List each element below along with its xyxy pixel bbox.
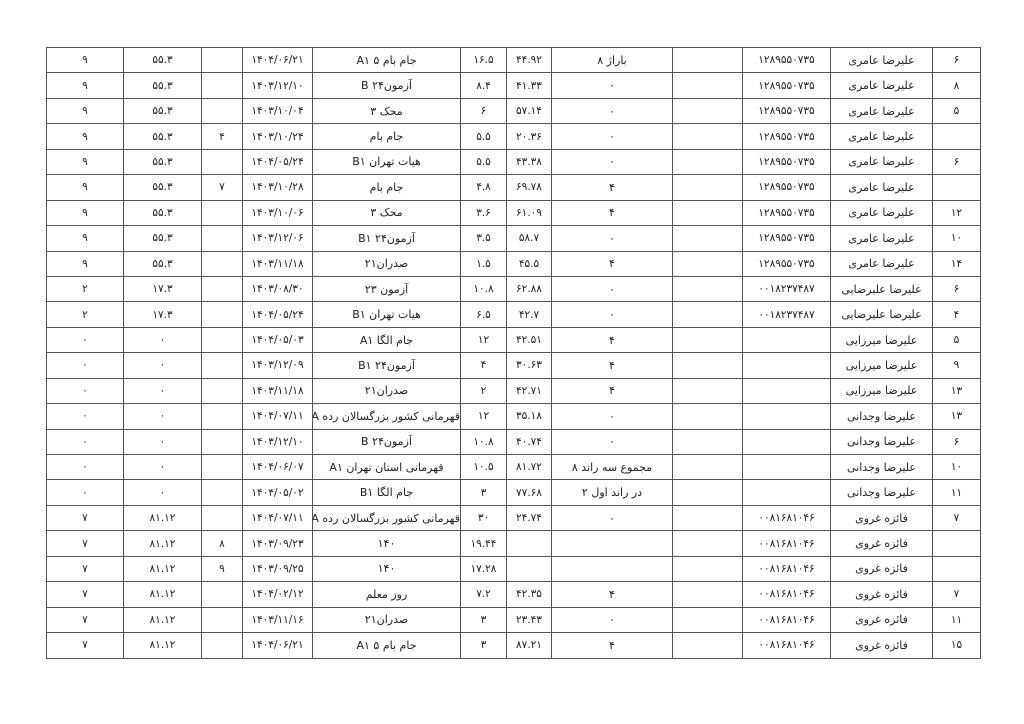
cell-extra xyxy=(202,607,243,632)
cell-event: صدران۲۱ xyxy=(313,607,461,632)
cell-blank xyxy=(673,429,743,454)
cell-total: ۸۱.۱۲ xyxy=(124,556,202,581)
cell-rank: ۱۱ xyxy=(933,480,981,505)
cell-id-number: ۰۰۸۱۶۸۱۰۴۶ xyxy=(743,505,831,530)
cell-count: ۰ xyxy=(47,404,124,429)
cell-extra: ۹ xyxy=(202,556,243,581)
cell-date: ۱۴۰۳/۱۲/۱۰ xyxy=(243,429,313,454)
cell-id-number: ۰۰۱۸۲۳۷۴۸۷ xyxy=(743,302,831,327)
cell-note: ۰ xyxy=(552,276,673,301)
cell-total: ۵۵.۳ xyxy=(124,226,202,251)
cell-rank: ۸ xyxy=(933,73,981,98)
table-row: ۱۵فائزه غروی۰۰۸۱۶۸۱۰۴۶۴۸۷.۲۱۳جام بام ۵ A… xyxy=(47,633,981,658)
cell-value: ۱۷.۲۸ xyxy=(461,556,507,581)
cell-note: ۰ xyxy=(552,505,673,530)
cell-event: آزمون۲۴ B xyxy=(313,73,461,98)
table-row: ۶علیرضا عامری۱۲۸۹۵۵۰۷۳۵باراژ ۸۴۴.۹۲۱۶.۵ج… xyxy=(47,48,981,73)
cell-count: ۷ xyxy=(47,505,124,530)
cell-event: قهرمانی کشور بزرگسالان رده A xyxy=(313,404,461,429)
cell-rank: ۷ xyxy=(933,582,981,607)
cell-value: ۳ xyxy=(461,480,507,505)
cell-score: ۴۲.۳۵ xyxy=(507,582,552,607)
cell-total: ۸۱.۱۲ xyxy=(124,531,202,556)
cell-note: ۰ xyxy=(552,73,673,98)
table-row: ۷فائزه غروی۰۰۸۱۶۸۱۰۴۶۰۲۴.۷۴۳۰قهرمانی کشو… xyxy=(47,505,981,530)
cell-name: علیرضا عامری xyxy=(831,226,933,251)
cell-count: ۹ xyxy=(47,98,124,123)
cell-score: ۶۹.۷۸ xyxy=(507,175,552,200)
table-row: ۱۰علیرضا عامری۱۲۸۹۵۵۰۷۳۵۰۵۸.۷۳.۵آزمون۲۴ … xyxy=(47,226,981,251)
cell-total: ۸۱.۱۲ xyxy=(124,607,202,632)
cell-id-number xyxy=(743,353,831,378)
cell-score: ۵۸.۷ xyxy=(507,226,552,251)
cell-extra xyxy=(202,251,243,276)
cell-name: علیرضا عامری xyxy=(831,149,933,174)
cell-note: ۰ xyxy=(552,124,673,149)
cell-event: روز معلم xyxy=(313,582,461,607)
cell-blank xyxy=(673,124,743,149)
cell-note: ۰ xyxy=(552,149,673,174)
cell-name: فائزه غروی xyxy=(831,633,933,658)
cell-rank: ۱۰ xyxy=(933,455,981,480)
cell-blank xyxy=(673,480,743,505)
cell-score: ۴۱.۳۳ xyxy=(507,73,552,98)
cell-note: ۴ xyxy=(552,582,673,607)
cell-extra xyxy=(202,73,243,98)
cell-name: علیرضا علیرضایی xyxy=(831,276,933,301)
cell-value: ۸.۴ xyxy=(461,73,507,98)
cell-name: علیرضا عامری xyxy=(831,251,933,276)
cell-score: ۳۰.۶۳ xyxy=(507,353,552,378)
cell-name: علیرضا عامری xyxy=(831,98,933,123)
table-row: ۱۴علیرضا عامری۱۲۸۹۵۵۰۷۳۵۴۴۵.۵۱.۵صدران۲۱۱… xyxy=(47,251,981,276)
table-row: ۵علیرضا میرزایی۴۴۲.۵۱۱۲جام الگا A۱۱۴۰۴/۰… xyxy=(47,327,981,352)
cell-score: ۲۳.۴۳ xyxy=(507,607,552,632)
cell-count: ۷ xyxy=(47,531,124,556)
cell-name: علیرضا علیرضایی xyxy=(831,302,933,327)
cell-total: ۰ xyxy=(124,353,202,378)
cell-date: ۱۴۰۳/۱۲/۰۹ xyxy=(243,353,313,378)
cell-extra xyxy=(202,378,243,403)
cell-name: علیرضا عامری xyxy=(831,200,933,225)
cell-event: آزمون۲۴ B xyxy=(313,429,461,454)
cell-score: ۵۷.۱۴ xyxy=(507,98,552,123)
cell-event: صدران۲۱ xyxy=(313,378,461,403)
cell-date: ۱۴۰۳/۱۲/۰۶ xyxy=(243,226,313,251)
cell-blank xyxy=(673,607,743,632)
cell-name: فائزه غروی xyxy=(831,505,933,530)
cell-value: ۷.۲ xyxy=(461,582,507,607)
cell-extra xyxy=(202,429,243,454)
cell-extra: ۷ xyxy=(202,175,243,200)
cell-event: صدران۲۱ xyxy=(313,251,461,276)
cell-rank: ۶ xyxy=(933,149,981,174)
cell-rank: ۶ xyxy=(933,276,981,301)
cell-blank xyxy=(673,531,743,556)
cell-value: ۶ xyxy=(461,98,507,123)
cell-total: ۰ xyxy=(124,327,202,352)
cell-note: ۰ xyxy=(552,404,673,429)
cell-rank: ۱۱ xyxy=(933,607,981,632)
cell-blank xyxy=(673,98,743,123)
cell-count: ۹ xyxy=(47,124,124,149)
cell-count: ۰ xyxy=(47,353,124,378)
cell-note: ۰ xyxy=(552,98,673,123)
cell-rank xyxy=(933,531,981,556)
cell-date: ۱۴۰۳/۱۱/۱۸ xyxy=(243,251,313,276)
cell-extra xyxy=(202,633,243,658)
cell-name: علیرضا میرزایی xyxy=(831,327,933,352)
cell-score: ۸۱.۷۲ xyxy=(507,455,552,480)
table-row: ۷فائزه غروی۰۰۸۱۶۸۱۰۴۶۴۴۲.۳۵۷.۲روز معلم۱۴… xyxy=(47,582,981,607)
cell-note xyxy=(552,556,673,581)
cell-value: ۳۰ xyxy=(461,505,507,530)
cell-score: ۳۵.۱۸ xyxy=(507,404,552,429)
cell-extra xyxy=(202,404,243,429)
cell-name: علیرضا وجدانی xyxy=(831,404,933,429)
cell-extra xyxy=(202,226,243,251)
cell-total: ۸۱.۱۲ xyxy=(124,505,202,530)
cell-blank xyxy=(673,327,743,352)
table-row: ۴علیرضا علیرضایی۰۰۱۸۲۳۷۴۸۷۰۴۲.۷۶.۵هیات ت… xyxy=(47,302,981,327)
cell-value: ۱۰.۵ xyxy=(461,455,507,480)
cell-count: ۰ xyxy=(47,480,124,505)
cell-id-number xyxy=(743,480,831,505)
cell-total: ۵۵.۳ xyxy=(124,175,202,200)
cell-date: ۱۴۰۳/۰۸/۳۰ xyxy=(243,276,313,301)
cell-rank xyxy=(933,175,981,200)
cell-date: ۱۴۰۳/۰۹/۲۵ xyxy=(243,556,313,581)
cell-date: ۱۴۰۳/۱۱/۱۸ xyxy=(243,378,313,403)
cell-date: ۱۴۰۴/۰۷/۱۱ xyxy=(243,505,313,530)
cell-name: علیرضا وجدانی xyxy=(831,429,933,454)
cell-value: ۱۹.۴۴ xyxy=(461,531,507,556)
cell-total: ۰ xyxy=(124,378,202,403)
cell-value: ۱۰.۸ xyxy=(461,276,507,301)
cell-total: ۵۵.۳ xyxy=(124,149,202,174)
cell-blank xyxy=(673,556,743,581)
cell-rank: ۴ xyxy=(933,302,981,327)
cell-id-number: ۱۲۸۹۵۵۰۷۳۵ xyxy=(743,98,831,123)
cell-count: ۷ xyxy=(47,633,124,658)
cell-count: ۷ xyxy=(47,607,124,632)
cell-score: ۶۱.۰۹ xyxy=(507,200,552,225)
cell-count: ۹ xyxy=(47,175,124,200)
cell-rank: ۶ xyxy=(933,429,981,454)
cell-date: ۱۴۰۴/۰۷/۱۱ xyxy=(243,404,313,429)
cell-value: ۶.۵ xyxy=(461,302,507,327)
cell-id-number: ۱۲۸۹۵۵۰۷۳۵ xyxy=(743,149,831,174)
table-row: ۱۳علیرضا وجدانی۰۳۵.۱۸۱۲قهرمانی کشور بزرگ… xyxy=(47,404,981,429)
cell-count: ۷ xyxy=(47,582,124,607)
cell-id-number: ۰۰۱۸۲۳۷۴۸۷ xyxy=(743,276,831,301)
results-table: ۶علیرضا عامری۱۲۸۹۵۵۰۷۳۵باراژ ۸۴۴.۹۲۱۶.۵ج… xyxy=(46,47,981,659)
cell-rank xyxy=(933,124,981,149)
cell-score xyxy=(507,556,552,581)
cell-score: ۴۰.۷۴ xyxy=(507,429,552,454)
table-row: علیرضا عامری۱۲۸۹۵۵۰۷۳۵۴۶۹.۷۸۴.۸جام بام۱۴… xyxy=(47,175,981,200)
cell-date: ۱۴۰۳/۱۰/۰۴ xyxy=(243,98,313,123)
table-row: ۱۱علیرضا وجدانیدر راند اول ۲۷۷.۶۸۳جام ال… xyxy=(47,480,981,505)
cell-rank: ۵ xyxy=(933,327,981,352)
table-row: ۱۲علیرضا عامری۱۲۸۹۵۵۰۷۳۵۴۶۱.۰۹۳.۶محک ۳۱۴… xyxy=(47,200,981,225)
table-row: علیرضا عامری۱۲۸۹۵۵۰۷۳۵۰۲۰.۳۶۵.۵جام بام۱۴… xyxy=(47,124,981,149)
table-row: ۸علیرضا عامری۱۲۸۹۵۵۰۷۳۵۰۴۱.۳۳۸.۴آزمون۲۴ … xyxy=(47,73,981,98)
cell-value: ۴.۸ xyxy=(461,175,507,200)
cell-note: مجموع سه راند ۸ xyxy=(552,455,673,480)
cell-value: ۴ xyxy=(461,353,507,378)
cell-name: فائزه غروی xyxy=(831,607,933,632)
cell-date: ۱۴۰۴/۰۵/۰۳ xyxy=(243,327,313,352)
cell-note: ۴ xyxy=(552,633,673,658)
cell-id-number: ۱۲۸۹۵۵۰۷۳۵ xyxy=(743,175,831,200)
cell-count: ۰ xyxy=(47,455,124,480)
cell-rank: ۱۳ xyxy=(933,378,981,403)
cell-extra xyxy=(202,505,243,530)
table-row: ۶علیرضا علیرضایی۰۰۱۸۲۳۷۴۸۷۰۶۲.۸۸۱۰.۸آزمو… xyxy=(47,276,981,301)
table-row: ۱۳علیرضا میرزایی۴۴۲.۷۱۲صدران۲۱۱۴۰۳/۱۱/۱۸… xyxy=(47,378,981,403)
cell-id-number xyxy=(743,327,831,352)
cell-rank: ۱۲ xyxy=(933,200,981,225)
cell-blank xyxy=(673,73,743,98)
cell-name: علیرضا عامری xyxy=(831,124,933,149)
cell-blank xyxy=(673,149,743,174)
cell-extra xyxy=(202,149,243,174)
cell-count: ۹ xyxy=(47,251,124,276)
cell-rank: ۱۴ xyxy=(933,251,981,276)
cell-event: محک ۳ xyxy=(313,200,461,225)
cell-total: ۵۵.۳ xyxy=(124,73,202,98)
table-row: فائزه غروی۰۰۸۱۶۸۱۰۴۶۱۹.۴۴۱۴۰۱۴۰۳/۰۹/۲۳۸۸… xyxy=(47,531,981,556)
cell-date: ۱۴۰۳/۱۰/۲۴ xyxy=(243,124,313,149)
cell-blank xyxy=(673,175,743,200)
table-row: ۵علیرضا عامری۱۲۸۹۵۵۰۷۳۵۰۵۷.۱۴۶محک ۳۱۴۰۳/… xyxy=(47,98,981,123)
cell-blank xyxy=(673,302,743,327)
cell-value: ۱۰.۸ xyxy=(461,429,507,454)
cell-id-number xyxy=(743,455,831,480)
cell-note: ۴ xyxy=(552,251,673,276)
cell-date: ۱۴۰۴/۰۵/۲۴ xyxy=(243,149,313,174)
cell-count: ۹ xyxy=(47,226,124,251)
cell-blank xyxy=(673,226,743,251)
cell-note: ۴ xyxy=(552,378,673,403)
cell-extra: ۴ xyxy=(202,124,243,149)
table-row: ۱۱فائزه غروی۰۰۸۱۶۸۱۰۴۶۰۲۳.۴۳۳صدران۲۱۱۴۰۳… xyxy=(47,607,981,632)
cell-event: ۱۴۰ xyxy=(313,556,461,581)
cell-note: ۰ xyxy=(552,429,673,454)
cell-note: در راند اول ۲ xyxy=(552,480,673,505)
cell-count: ۹ xyxy=(47,200,124,225)
cell-count: ۹ xyxy=(47,149,124,174)
cell-extra xyxy=(202,480,243,505)
cell-score: ۶۲.۸۸ xyxy=(507,276,552,301)
cell-score: ۴۵.۵ xyxy=(507,251,552,276)
cell-id-number: ۱۲۸۹۵۵۰۷۳۵ xyxy=(743,124,831,149)
cell-total: ۸۱.۱۲ xyxy=(124,582,202,607)
cell-count: ۲ xyxy=(47,276,124,301)
cell-total: ۱۷.۳ xyxy=(124,302,202,327)
cell-rank xyxy=(933,556,981,581)
cell-id-number: ۰۰۸۱۶۸۱۰۴۶ xyxy=(743,607,831,632)
cell-total: ۰ xyxy=(124,404,202,429)
cell-value: ۱.۵ xyxy=(461,251,507,276)
cell-id-number: ۱۲۸۹۵۵۰۷۳۵ xyxy=(743,200,831,225)
cell-count: ۰ xyxy=(47,327,124,352)
cell-note: ۴ xyxy=(552,327,673,352)
cell-extra xyxy=(202,455,243,480)
cell-extra xyxy=(202,302,243,327)
cell-event: هیات تهران B۱ xyxy=(313,302,461,327)
cell-value: ۵.۵ xyxy=(461,149,507,174)
cell-blank xyxy=(673,505,743,530)
table-row: ۹علیرضا میرزایی۴۳۰.۶۳۴آزمون۲۴ B۱۱۴۰۳/۱۲/… xyxy=(47,353,981,378)
cell-date: ۱۴۰۴/۰۶/۲۱ xyxy=(243,48,313,73)
cell-score: ۴۲.۷۱ xyxy=(507,378,552,403)
cell-value: ۳.۵ xyxy=(461,226,507,251)
cell-rank: ۱۰ xyxy=(933,226,981,251)
cell-rank: ۶ xyxy=(933,48,981,73)
cell-total: ۵۵.۳ xyxy=(124,251,202,276)
cell-id-number: ۰۰۸۱۶۸۱۰۴۶ xyxy=(743,633,831,658)
cell-date: ۱۴۰۴/۰۵/۰۲ xyxy=(243,480,313,505)
cell-total: ۵۵.۳ xyxy=(124,200,202,225)
cell-rank: ۷ xyxy=(933,505,981,530)
cell-blank xyxy=(673,455,743,480)
cell-score: ۴۲.۷ xyxy=(507,302,552,327)
cell-value: ۵.۵ xyxy=(461,124,507,149)
cell-note: ۰ xyxy=(552,226,673,251)
cell-blank xyxy=(673,276,743,301)
cell-id-number: ۰۰۸۱۶۸۱۰۴۶ xyxy=(743,582,831,607)
cell-value: ۱۲ xyxy=(461,404,507,429)
cell-extra xyxy=(202,276,243,301)
cell-total: ۰ xyxy=(124,429,202,454)
cell-note: باراژ ۸ xyxy=(552,48,673,73)
cell-date: ۱۴۰۴/۰۶/۲۱ xyxy=(243,633,313,658)
cell-name: علیرضا میرزایی xyxy=(831,378,933,403)
cell-event: آزمون۲۴ B۱ xyxy=(313,226,461,251)
cell-id-number: ۱۲۸۹۵۵۰۷۳۵ xyxy=(743,73,831,98)
cell-blank xyxy=(673,404,743,429)
cell-total: ۰ xyxy=(124,480,202,505)
cell-event: جام الگا B۱ xyxy=(313,480,461,505)
cell-blank xyxy=(673,200,743,225)
table-row: ۱۰علیرضا وجدانیمجموع سه راند ۸۸۱.۷۲۱۰.۵ق… xyxy=(47,455,981,480)
cell-count: ۷ xyxy=(47,556,124,581)
cell-extra xyxy=(202,327,243,352)
cell-name: علیرضا وجدانی xyxy=(831,480,933,505)
cell-event: قهرمانی استان تهران A۱ xyxy=(313,455,461,480)
cell-event: جام بام ۵ A۱ xyxy=(313,48,461,73)
cell-id-number xyxy=(743,429,831,454)
cell-extra xyxy=(202,48,243,73)
cell-score: ۲۴.۷۴ xyxy=(507,505,552,530)
cell-event: جام بام xyxy=(313,175,461,200)
cell-score: ۲۰.۳۶ xyxy=(507,124,552,149)
cell-extra xyxy=(202,200,243,225)
cell-note: ۰ xyxy=(552,302,673,327)
cell-id-number: ۱۲۸۹۵۵۰۷۳۵ xyxy=(743,48,831,73)
cell-rank: ۵ xyxy=(933,98,981,123)
cell-score xyxy=(507,531,552,556)
cell-value: ۳.۶ xyxy=(461,200,507,225)
cell-event: قهرمانی کشور بزرگسالان رده A xyxy=(313,505,461,530)
cell-total: ۵۵.۳ xyxy=(124,48,202,73)
cell-blank xyxy=(673,48,743,73)
cell-score: ۷۷.۶۸ xyxy=(507,480,552,505)
table-row: ۶علیرضا عامری۱۲۸۹۵۵۰۷۳۵۰۴۳.۳۸۵.۵هیات تهر… xyxy=(47,149,981,174)
cell-extra xyxy=(202,582,243,607)
cell-blank xyxy=(673,378,743,403)
cell-date: ۱۴۰۳/۱۰/۲۸ xyxy=(243,175,313,200)
cell-blank xyxy=(673,582,743,607)
cell-value: ۳ xyxy=(461,633,507,658)
cell-name: علیرضا عامری xyxy=(831,48,933,73)
cell-id-number: ۰۰۸۱۶۸۱۰۴۶ xyxy=(743,556,831,581)
cell-score: ۸۷.۲۱ xyxy=(507,633,552,658)
cell-value: ۱۶.۵ xyxy=(461,48,507,73)
cell-blank xyxy=(673,353,743,378)
cell-score: ۴۲.۵۱ xyxy=(507,327,552,352)
table-row: ۶علیرضا وجدانی۰۴۰.۷۴۱۰.۸آزمون۲۴ B۱۴۰۳/۱۲… xyxy=(47,429,981,454)
cell-name: علیرضا میرزایی xyxy=(831,353,933,378)
table-row: فائزه غروی۰۰۸۱۶۸۱۰۴۶۱۷.۲۸۱۴۰۱۴۰۳/۰۹/۲۵۹۸… xyxy=(47,556,981,581)
cell-event: آزمون ۲۳ xyxy=(313,276,461,301)
cell-extra: ۸ xyxy=(202,531,243,556)
cell-event: جام بام xyxy=(313,124,461,149)
cell-event: آزمون۲۴ B۱ xyxy=(313,353,461,378)
cell-extra xyxy=(202,98,243,123)
cell-event: جام بام ۵ A۱ xyxy=(313,633,461,658)
cell-event: ۱۴۰ xyxy=(313,531,461,556)
cell-value: ۱۲ xyxy=(461,327,507,352)
cell-event: جام الگا A۱ xyxy=(313,327,461,352)
cell-value: ۳ xyxy=(461,607,507,632)
table-body: ۶علیرضا عامری۱۲۸۹۵۵۰۷۳۵باراژ ۸۴۴.۹۲۱۶.۵ج… xyxy=(47,48,981,659)
cell-id-number xyxy=(743,404,831,429)
cell-event: محک ۳ xyxy=(313,98,461,123)
cell-id-number xyxy=(743,378,831,403)
cell-total: ۵۵.۳ xyxy=(124,98,202,123)
cell-note xyxy=(552,531,673,556)
cell-count: ۹ xyxy=(47,48,124,73)
cell-note: ۴ xyxy=(552,175,673,200)
cell-rank: ۱۳ xyxy=(933,404,981,429)
cell-count: ۰ xyxy=(47,378,124,403)
results-table-container: ۶علیرضا عامری۱۲۸۹۵۵۰۷۳۵باراژ ۸۴۴.۹۲۱۶.۵ج… xyxy=(46,47,980,659)
cell-total: ۵۵.۳ xyxy=(124,124,202,149)
cell-date: ۱۴۰۴/۰۵/۲۴ xyxy=(243,302,313,327)
cell-id-number: ۱۲۸۹۵۵۰۷۳۵ xyxy=(743,251,831,276)
cell-name: علیرضا عامری xyxy=(831,175,933,200)
cell-date: ۱۴۰۳/۱۰/۰۶ xyxy=(243,200,313,225)
cell-name: فائزه غروی xyxy=(831,556,933,581)
cell-id-number: ۱۲۸۹۵۵۰۷۳۵ xyxy=(743,226,831,251)
cell-name: فائزه غروی xyxy=(831,531,933,556)
cell-rank: ۱۵ xyxy=(933,633,981,658)
cell-blank xyxy=(673,633,743,658)
cell-date: ۱۴۰۴/۰۲/۱۲ xyxy=(243,582,313,607)
cell-count: ۲ xyxy=(47,302,124,327)
cell-total: ۸۱.۱۲ xyxy=(124,633,202,658)
cell-extra xyxy=(202,353,243,378)
cell-date: ۱۴۰۳/۱۱/۱۶ xyxy=(243,607,313,632)
cell-value: ۲ xyxy=(461,378,507,403)
cell-total: ۰ xyxy=(124,455,202,480)
cell-blank xyxy=(673,251,743,276)
cell-count: ۹ xyxy=(47,73,124,98)
cell-date: ۱۴۰۳/۱۲/۱۰ xyxy=(243,73,313,98)
